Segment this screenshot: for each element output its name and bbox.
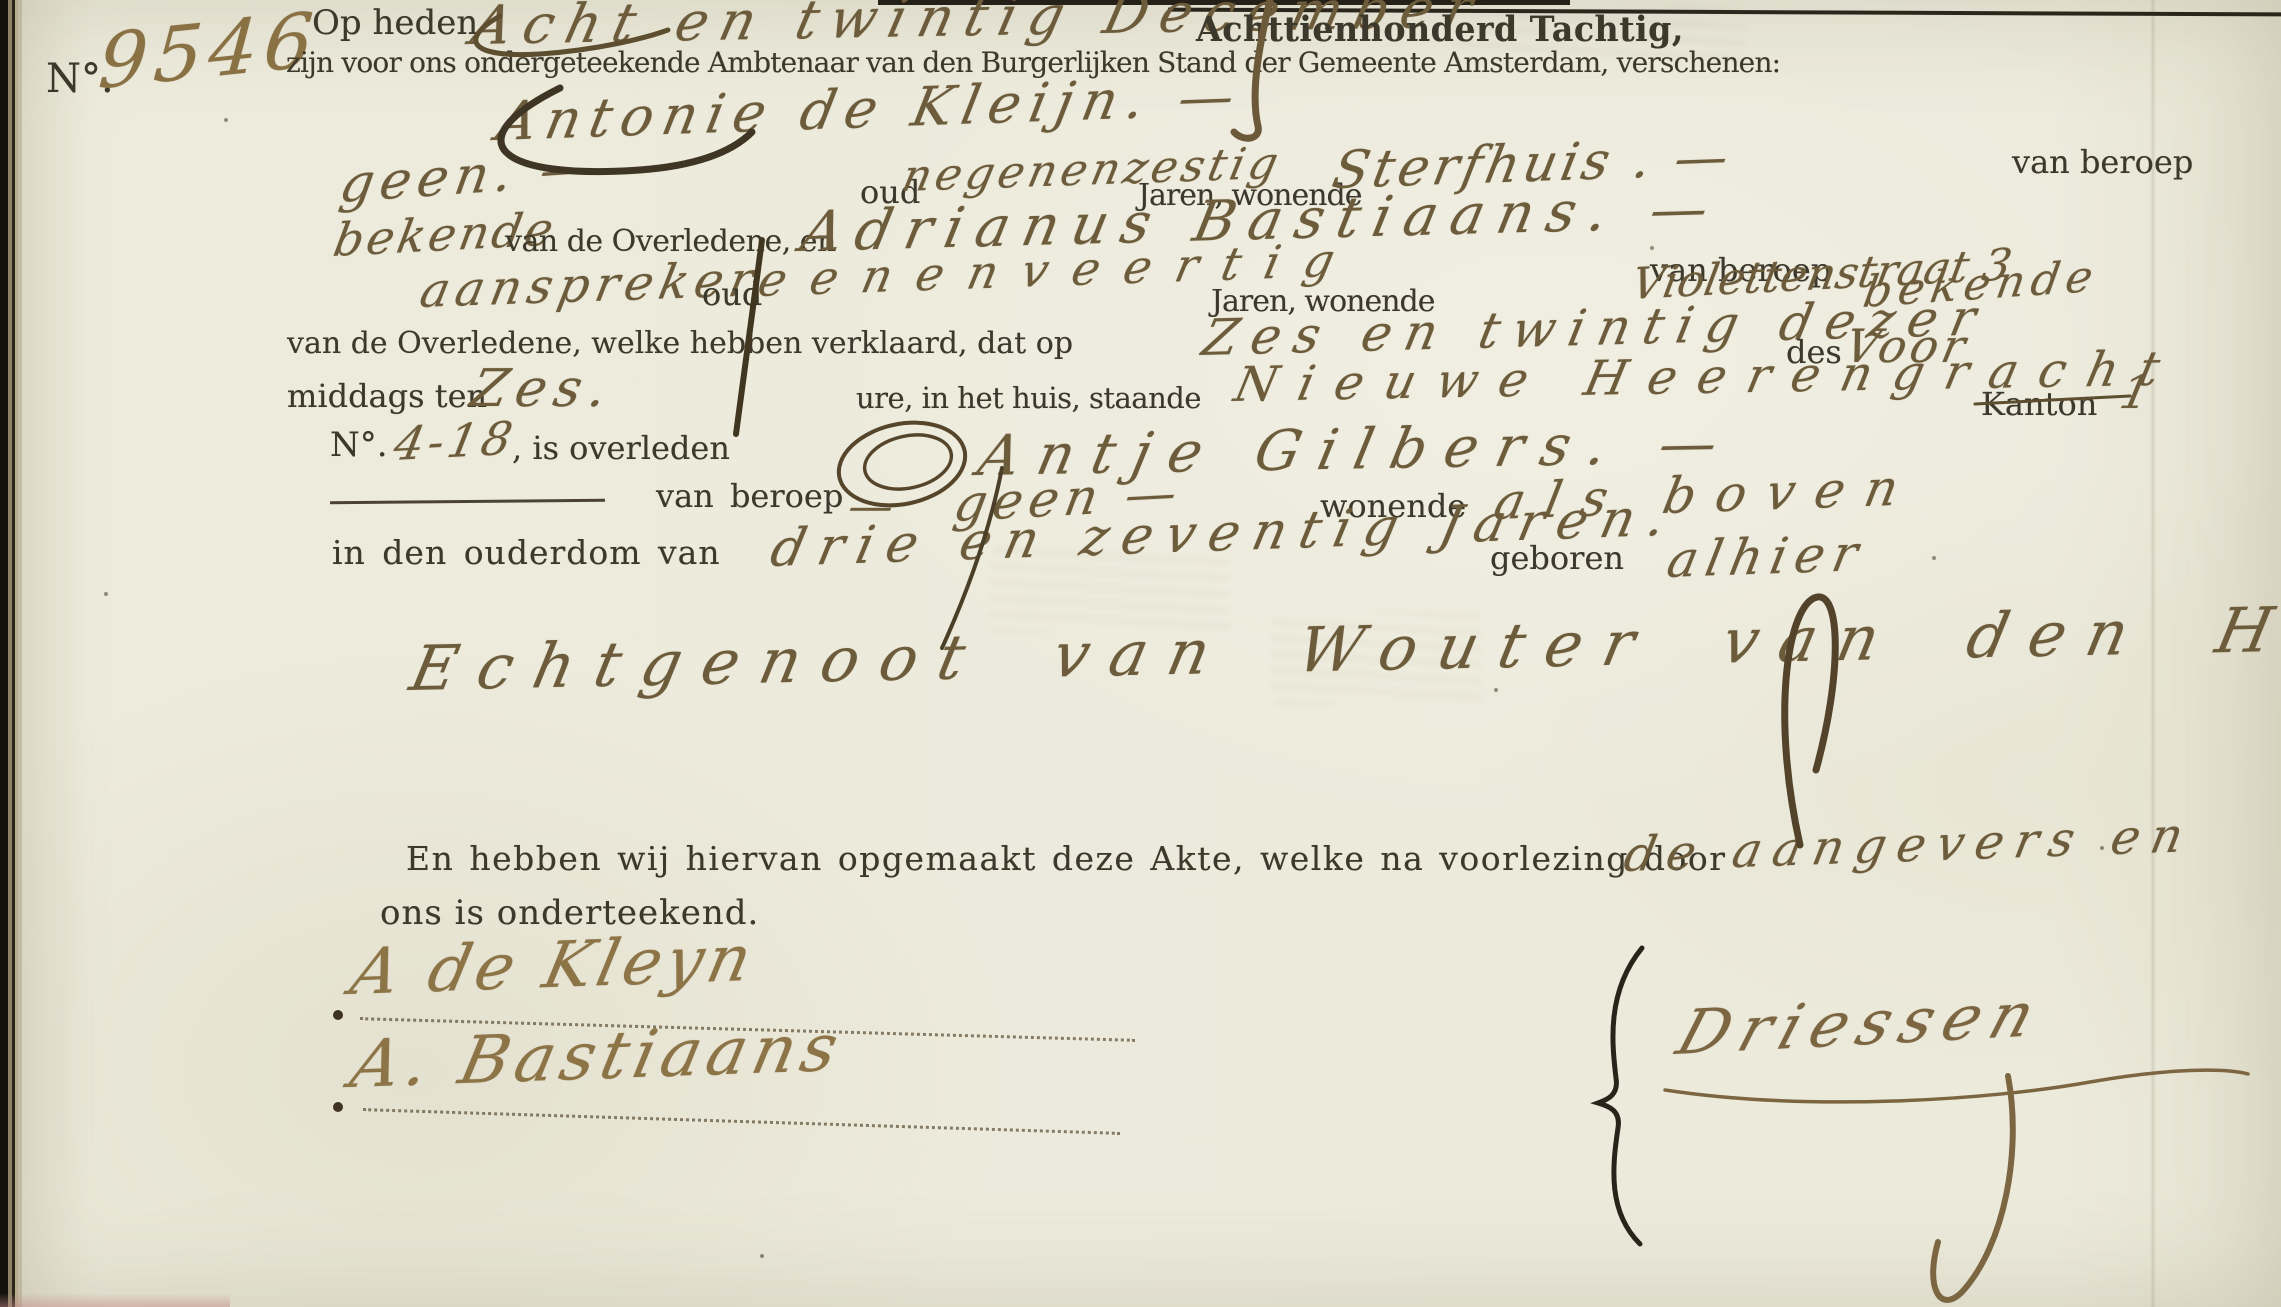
signature-dot-1 xyxy=(333,1010,343,1020)
printed-is-overleden: , is overleden xyxy=(512,432,730,466)
handwritten-house-number: 4-18 xyxy=(390,414,520,468)
printed-closing-1: En hebben wij hiervan opgemaakt deze Akt… xyxy=(406,842,1726,877)
blank-filler-rule xyxy=(330,499,605,504)
printed-verklaard: van de Overledene, welke hebben verklaar… xyxy=(287,328,1073,360)
paper-speckle xyxy=(1932,556,1936,560)
printed-van-beroep-3: van beroep xyxy=(656,480,843,514)
handwritten-comparant1-occupation: geen. — xyxy=(336,140,604,212)
printed-op-heden: Op heden xyxy=(312,6,478,42)
paper-speckle xyxy=(1494,688,1498,692)
printed-ure-huis-staande: ure, in het huis, staande xyxy=(856,383,1201,413)
witness1-signature: A de Kleyn xyxy=(345,926,762,1007)
printed-middags-ten: middags ten xyxy=(287,380,487,414)
curly-brace-stroke xyxy=(1598,948,1642,1244)
printed-house-number-label: N°. xyxy=(330,428,388,464)
handwritten-closing: de aangevers en xyxy=(1620,810,2198,880)
registrar-signature: Driessen xyxy=(1670,981,2053,1065)
paper-speckle xyxy=(1650,246,1654,250)
handwritten-spouse-line: Echtgenoot van Wouter van den Hoek. — xyxy=(405,589,2281,701)
witness2-signature: A. Bastiaans xyxy=(345,1013,850,1099)
signature-dotted-line-2 xyxy=(363,1108,1120,1135)
signature-tail-stroke xyxy=(1933,1076,2013,1300)
signature-dot-2 xyxy=(333,1102,343,1112)
printed-ouderdom: in den ouderdom van xyxy=(332,536,721,571)
handwritten-comparant1-name: Antonie de Kleijn. — xyxy=(492,68,1248,150)
death-certificate-page: N°. 9546 Op heden Acht en twintig Decemb… xyxy=(0,0,2281,1307)
paper-speckle xyxy=(224,118,228,122)
book-binding-edge xyxy=(0,0,26,1307)
printed-kanton: Kanton xyxy=(1981,388,2097,422)
printed-year: Achttienhonderd Tachtig, xyxy=(1196,12,1684,49)
handwritten-birthplace: alhier xyxy=(1663,527,1870,586)
printed-van-beroep-1: van beroep xyxy=(2012,146,2193,180)
paper-speckle xyxy=(104,592,108,596)
printed-geboren: geboren xyxy=(1490,542,1624,576)
handwritten-death-hour: Zes. xyxy=(466,362,620,417)
page-corner-bottom-left xyxy=(0,1293,230,1307)
paper-speckle xyxy=(760,1254,764,1258)
signature-underline-stroke xyxy=(1665,1070,2248,1102)
